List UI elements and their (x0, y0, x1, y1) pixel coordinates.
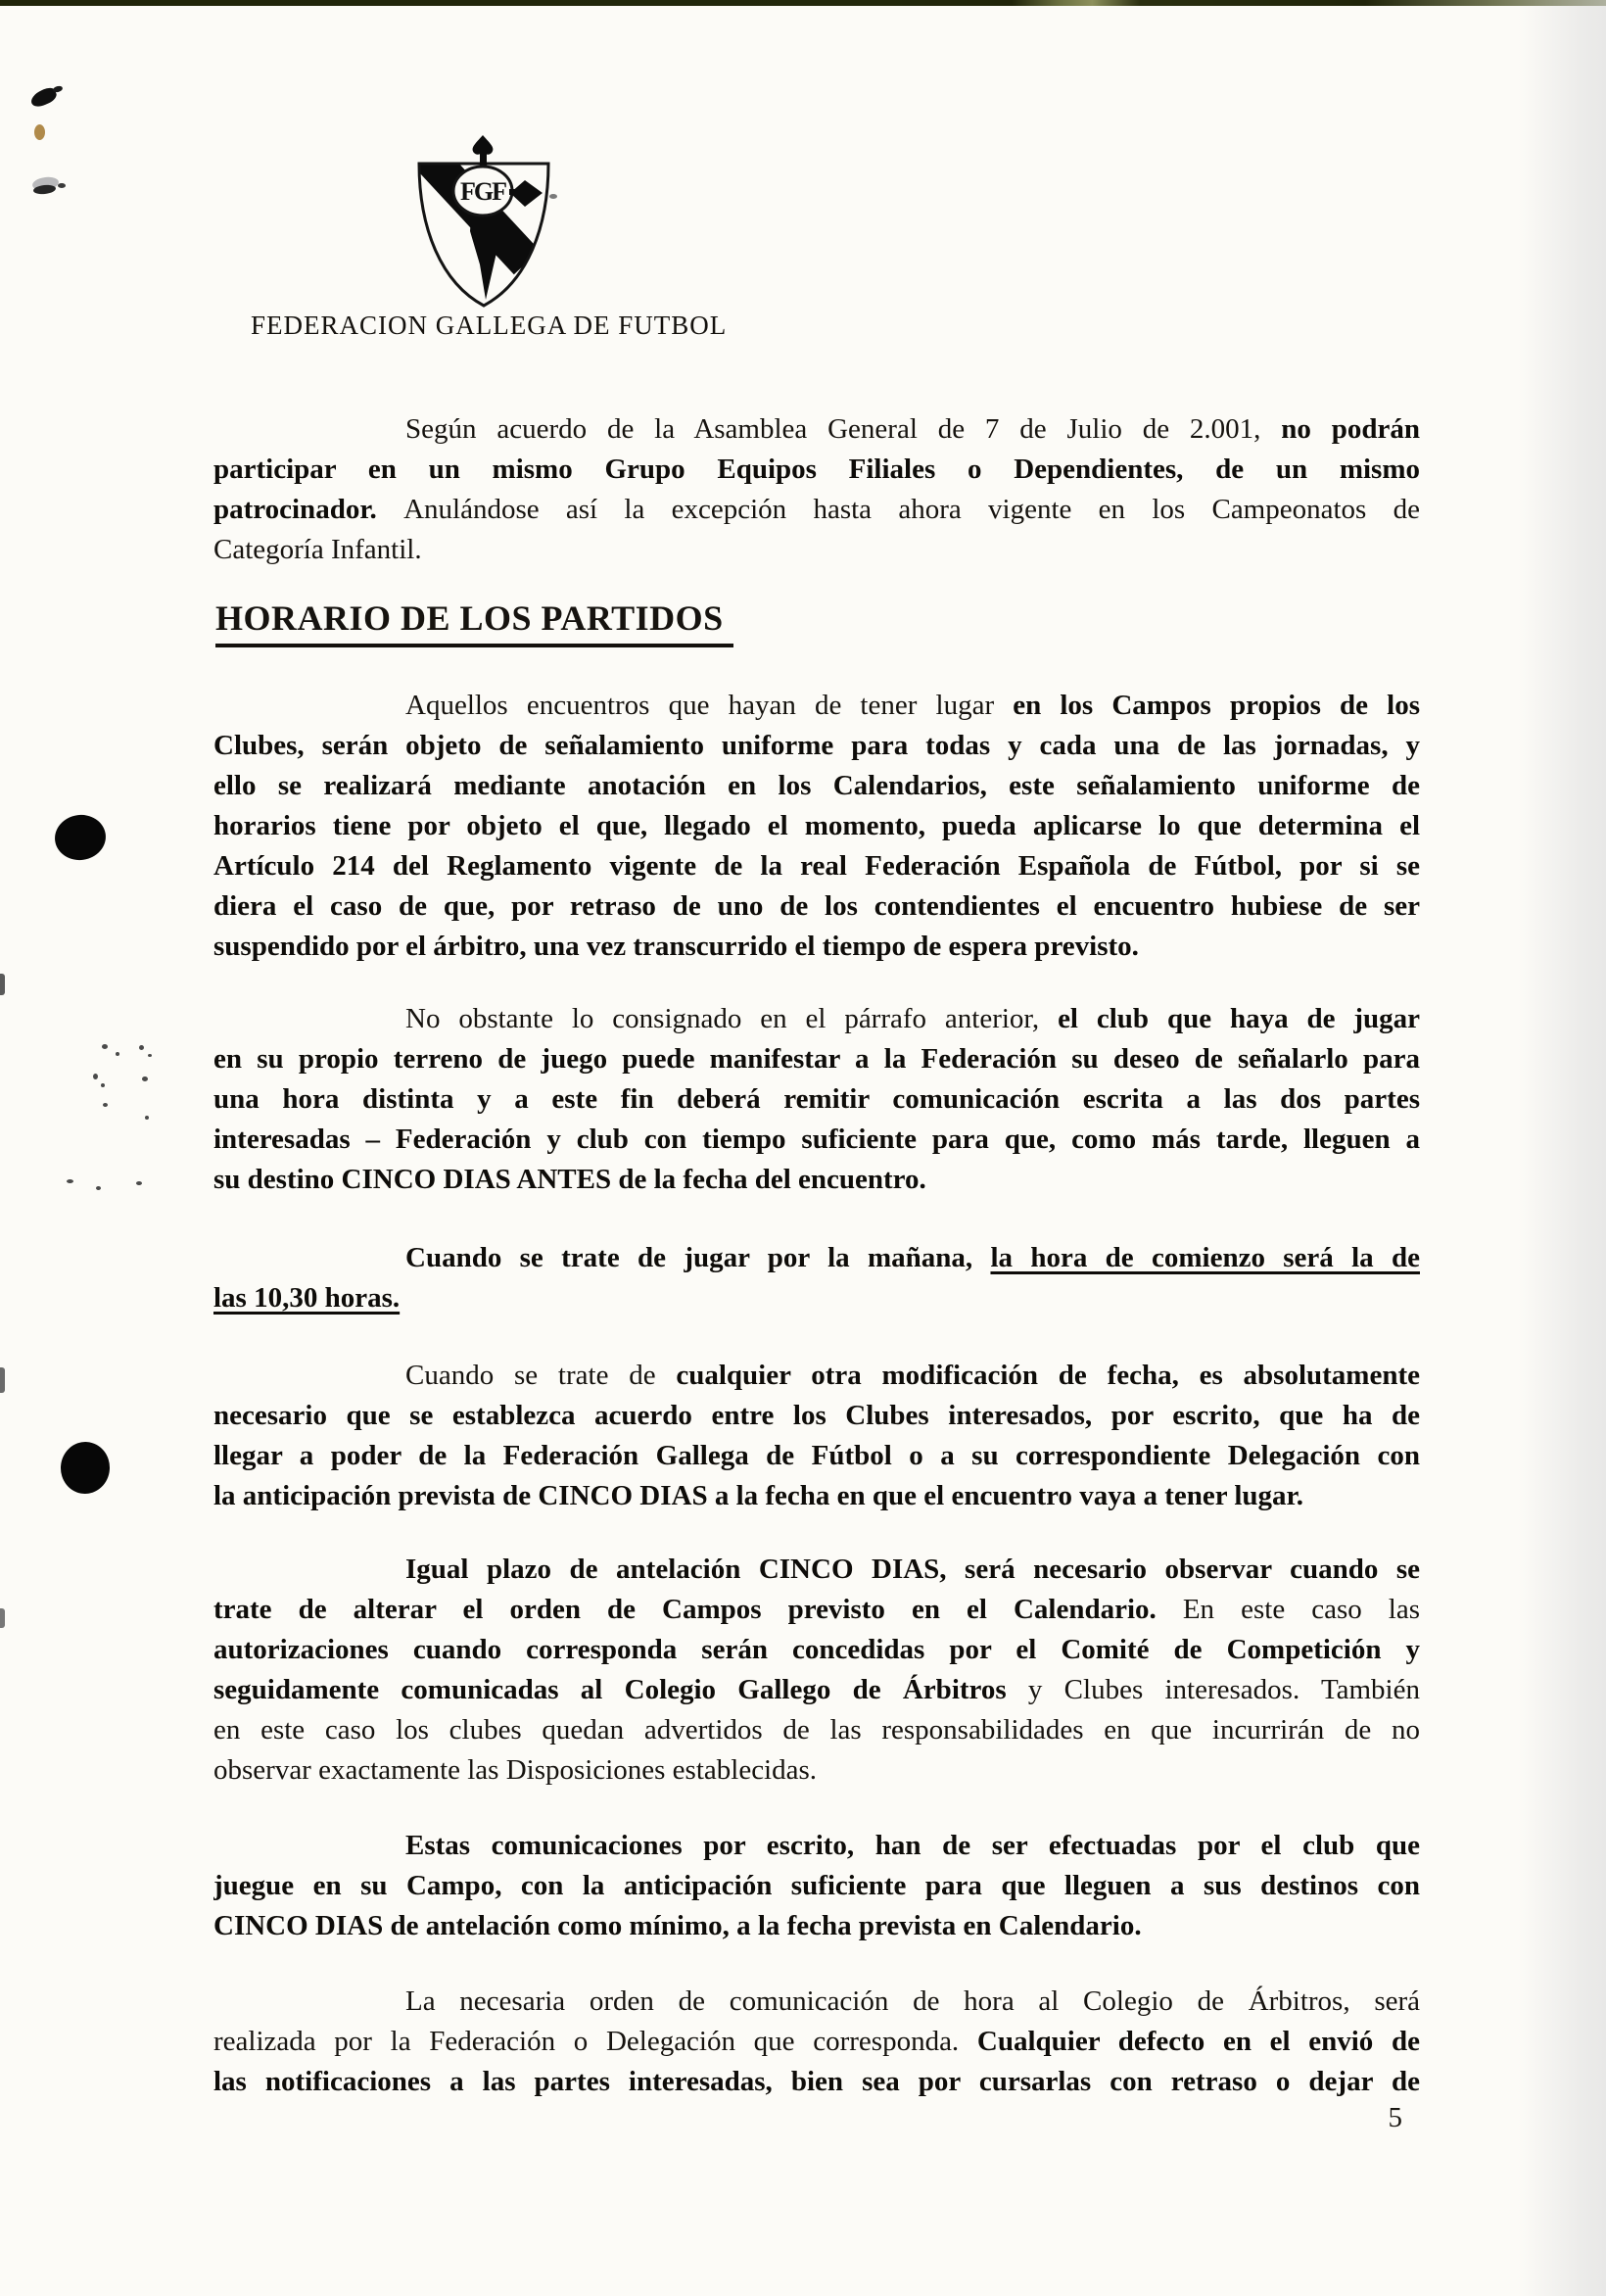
text-run: suspendido por el árbitro, una vez trans… (213, 931, 1139, 962)
text-run: Cualquier defecto en el envió de (977, 2026, 1420, 2057)
text-line: seguidamente comunicadas al Colegio Gall… (213, 1670, 1420, 1710)
text-run: La necesaria orden de comunicación de ho… (405, 1985, 1420, 2017)
scan-ink-mark (34, 124, 45, 140)
text-line: Aquellos encuentros que hayan de tener l… (213, 686, 1420, 726)
text-line: las 10,30 horas. (213, 1278, 1420, 1318)
text-line: No obstante lo consignado en el párrafo … (213, 999, 1420, 1039)
text-run: juegue en su Campo, con la anticipación … (213, 1870, 1420, 1901)
text-run: No obstante lo consignado en el párrafo … (405, 1003, 1058, 1034)
text-line: interesadas – Federación y club con tiem… (213, 1120, 1420, 1160)
text-run: en su propio terreno de juego puede mani… (213, 1043, 1420, 1075)
organization-name: FEDERACION GALLEGA DE FUTBOL (251, 311, 727, 339)
text-line: una hora distinta y a este fin deberá re… (213, 1079, 1420, 1120)
scan-speckle (142, 1076, 148, 1081)
scan-speckle (101, 1083, 105, 1087)
scanner-top-strip (0, 0, 1606, 6)
paragraph-1: Según acuerdo de la Asamblea General de … (213, 409, 1420, 570)
text-line: patrocinador. Anulándose así la excepció… (213, 490, 1420, 530)
scan-ink-mark (52, 85, 63, 93)
text-line: autorizaciones cuando corresponda serán … (213, 1630, 1420, 1670)
text-run: Según acuerdo de la Asamblea General de … (405, 413, 1281, 445)
text-run: CINCO DIAS de antelación como mínimo, a … (213, 1910, 1142, 1941)
paragraph-6: Igual plazo de antelación CINCO DIAS, se… (213, 1550, 1420, 1791)
text-run: Anulándose así la excepción hasta ahora … (403, 494, 1420, 525)
text-run: Estas comunicaciones por escrito, han de… (405, 1830, 1420, 1861)
text-run: necesario que se establezca acuerdo entr… (213, 1400, 1420, 1431)
text-line: llegar a poder de la Federación Gallega … (213, 1436, 1420, 1476)
text-line: Según acuerdo de la Asamblea General de … (213, 409, 1420, 450)
text-run: una hora distinta y a este fin deberá re… (213, 1083, 1420, 1115)
text-run: autorizaciones cuando corresponda serán … (213, 1634, 1420, 1665)
text-run: realizada por la Federación o Delegación… (213, 2026, 977, 2057)
text-run: interesadas – Federación y club con tiem… (213, 1124, 1420, 1155)
text-run: las notificaciones a las partes interesa… (213, 2066, 1420, 2097)
text-line: diera el caso de que, por retraso de uno… (213, 886, 1420, 927)
text-line: participar en un mismo Grupo Equipos Fil… (213, 450, 1420, 490)
paragraph-8: La necesaria orden de comunicación de ho… (213, 1982, 1420, 2102)
text-run: observar exactamente las Disposiciones e… (213, 1754, 817, 1786)
scan-edge-nick (0, 974, 5, 995)
text-run: Cuando se trate de jugar por la mañana, (405, 1242, 990, 1273)
text-line: necesario que se establezca acuerdo entr… (213, 1396, 1420, 1436)
text-run: su destino CINCO DIAS ANTES de la fecha … (213, 1164, 926, 1195)
crest-finial-icon (473, 135, 494, 167)
scan-speckle (549, 194, 557, 199)
paragraph-7: Estas comunicaciones por escrito, han de… (213, 1826, 1420, 1946)
text-run: Igual plazo de antelación CINCO DIAS, se… (405, 1554, 1420, 1585)
text-line: Categoría Infantil. (213, 530, 1420, 570)
text-run: llegar a poder de la Federación Gallega … (213, 1440, 1420, 1471)
text-line: ello se realizará mediante anotación en … (213, 766, 1420, 806)
scan-edge-nick (0, 1608, 5, 1628)
section-heading: HORARIO DE LOS PARTIDOS (215, 598, 733, 647)
text-line: Estas comunicaciones por escrito, han de… (213, 1826, 1420, 1866)
scan-ink-mark (58, 183, 66, 188)
text-run: trate de alterar el orden de Campos prev… (213, 1594, 1183, 1625)
text-line: la anticipación prevista de CINCO DIAS a… (213, 1476, 1420, 1516)
text-line: observar exactamente las Disposiciones e… (213, 1750, 1420, 1791)
text-line: Artículo 214 del Reglamento vigente de l… (213, 846, 1420, 886)
text-run: cualquier otra modificación de fecha, es… (676, 1360, 1420, 1391)
scan-speckle (67, 1179, 73, 1183)
text-line: en su propio terreno de juego puede mani… (213, 1039, 1420, 1079)
text-line: suspendido por el árbitro, una vez trans… (213, 927, 1420, 967)
text-line: trate de alterar el orden de Campos prev… (213, 1590, 1420, 1630)
text-run: diera el caso de que, por retraso de uno… (213, 890, 1420, 922)
text-run: patrocinador. (213, 494, 403, 525)
scan-speckle (102, 1044, 108, 1049)
paragraph-4: Cuando se trate de jugar por la mañana, … (213, 1238, 1420, 1318)
text-run: el club que haya de jugar (1058, 1003, 1420, 1034)
page-number: 5 (1389, 2098, 1403, 2138)
crest-diamond-icon (509, 180, 543, 207)
text-run: la hora de comienzo será la de (990, 1242, 1420, 1273)
text-run: las 10,30 horas. (213, 1282, 400, 1314)
scan-edge-nick (0, 1367, 5, 1393)
scan-speckle (139, 1045, 144, 1050)
text-line: Clubes, serán objeto de señalamiento uni… (213, 726, 1420, 766)
federation-crest-logo: FGF (415, 135, 552, 311)
text-run: Artículo 214 del Reglamento vigente de l… (213, 850, 1420, 882)
text-run: Aquellos encuentros que hayan de tener l… (405, 690, 1013, 721)
text-run: seguidamente comunicadas al Colegio Gall… (213, 1674, 1028, 1705)
text-line: horarios tiene por objeto el que, llegad… (213, 806, 1420, 846)
paragraph-3: No obstante lo consignado en el párrafo … (213, 999, 1420, 1200)
text-line: su destino CINCO DIAS ANTES de la fecha … (213, 1160, 1420, 1200)
text-line: CINCO DIAS de antelación como mínimo, a … (213, 1906, 1420, 1946)
text-line: juegue en su Campo, con la anticipación … (213, 1866, 1420, 1906)
text-line: Cuando se trate de jugar por la mañana, … (213, 1238, 1420, 1278)
text-run: no podrán (1281, 413, 1420, 445)
text-run: Cuando se trate de (405, 1360, 676, 1391)
text-run: en los Campos propios de los (1013, 690, 1420, 721)
paragraph-5: Cuando se trate de cualquier otra modifi… (213, 1356, 1420, 1516)
scan-speckle (116, 1052, 119, 1056)
text-run: participar en un mismo Grupo Equipos Fil… (213, 454, 1420, 485)
punch-hole-mark (52, 812, 109, 864)
text-line: realizada por la Federación o Delegación… (213, 2022, 1420, 2062)
paragraph-2: Aquellos encuentros que hayan de tener l… (213, 686, 1420, 967)
punch-hole-mark (59, 1440, 112, 1495)
scan-speckle (145, 1116, 149, 1120)
text-run: Clubes, serán objeto de señalamiento uni… (213, 730, 1420, 761)
text-line: La necesaria orden de comunicación de ho… (213, 1982, 1420, 2022)
text-line: en este caso los clubes quedan advertido… (213, 1710, 1420, 1750)
scan-edge-shadow (1518, 0, 1606, 2296)
crest-monogram-text: FGF (460, 177, 506, 206)
scan-speckle (148, 1054, 152, 1057)
scanned-document-page: FGF FEDERACION GALLEGA DE FUTBOL HORARIO… (0, 0, 1606, 2296)
scan-speckle (103, 1103, 108, 1107)
text-run: en este caso los clubes quedan advertido… (213, 1714, 1420, 1746)
text-run: horarios tiene por objeto el que, llegad… (213, 810, 1420, 841)
scan-speckle (136, 1181, 142, 1185)
text-run: la anticipación prevista de CINCO DIAS a… (213, 1480, 1303, 1511)
scan-speckle (93, 1074, 98, 1079)
scan-speckle (96, 1186, 101, 1190)
text-run: Categoría Infantil. (213, 534, 422, 565)
text-line: Cuando se trate de cualquier otra modifi… (213, 1356, 1420, 1396)
text-line: las notificaciones a las partes interesa… (213, 2062, 1420, 2102)
text-run: ello se realizará mediante anotación en … (213, 770, 1420, 801)
text-line: Igual plazo de antelación CINCO DIAS, se… (213, 1550, 1420, 1590)
text-run: y Clubes interesados. También (1028, 1674, 1420, 1705)
text-run: En este caso las (1183, 1594, 1420, 1625)
